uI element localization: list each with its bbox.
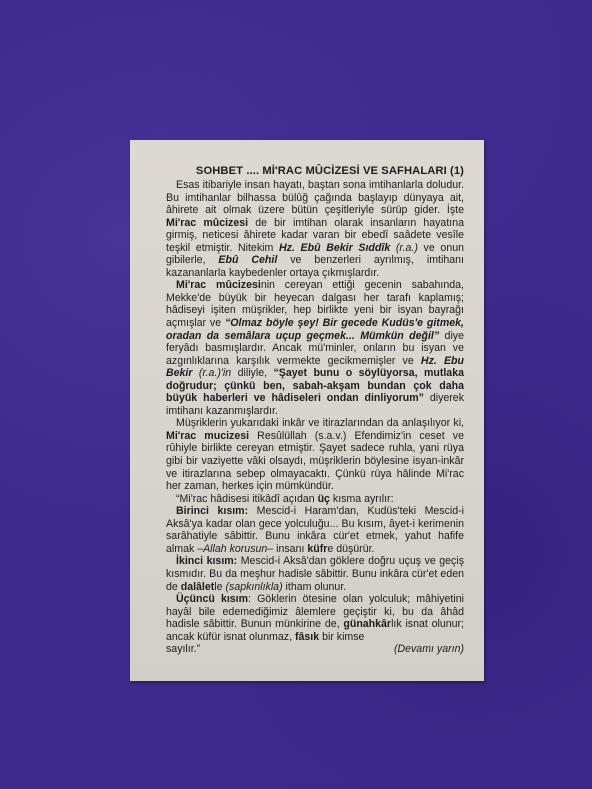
continued-tomorrow-note: (Devamı yarın) [394, 643, 464, 656]
article-body: Esas itibariyle insan hayatı, baştan son… [166, 179, 464, 643]
article-paragraph: Müşriklerin yukarıdaki inkâr ve itirazla… [166, 417, 464, 492]
article-paragraph: Üçüncü kısım: Göklerin ötesine olan yolc… [166, 593, 464, 643]
article-title: SOHBET .... Mİ'RAC MÛCİZESİ VE SAFHALARI… [166, 165, 464, 178]
newspaper-clipping: SOHBET .... Mİ'RAC MÛCİZESİ VE SAFHALARI… [130, 140, 484, 681]
article-paragraph: “Mi'rac hâdisesi itikâdî açıdan üç kısma… [166, 493, 464, 506]
article-paragraph: Mi'rac mûcizesinin cereyan ettiği geceni… [166, 279, 464, 417]
article-paragraph: İkinci kısım: Mescid-i Aksâ'dan göklere … [166, 555, 464, 593]
closing-text: sayılır.” [166, 643, 200, 656]
article-paragraph: Birinci kısım: Mescid-i Haram'dan, Kudüs… [166, 505, 464, 555]
article-paragraph: Esas itibariyle insan hayatı, baştan son… [166, 179, 464, 279]
article-signoff: sayılır.” (Devamı yarın) [166, 643, 464, 656]
